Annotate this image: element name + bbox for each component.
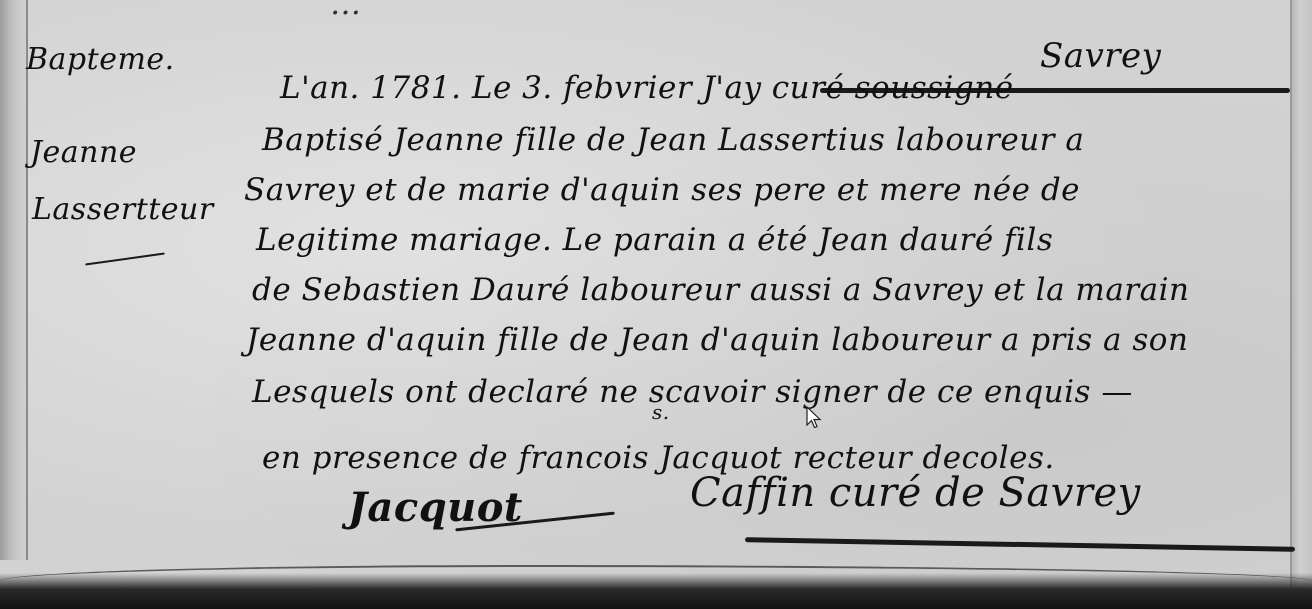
previous-entry-signature-fragment: Savrey bbox=[1040, 36, 1161, 76]
document-page: … Savrey Bapteme. Jeanne Lassertteur L'a… bbox=[0, 0, 1312, 609]
margin-underline bbox=[85, 252, 164, 265]
record-line-4: Legitime mariage. Le parain a été Jean d… bbox=[256, 222, 1053, 258]
margin-name-last: Lassertteur bbox=[32, 192, 214, 227]
page-binding-edge bbox=[0, 0, 28, 560]
record-line-7: Lesquels ont declaré ne scavoir signer d… bbox=[252, 374, 1133, 410]
next-page-shadow bbox=[0, 573, 1312, 609]
record-line-1: L'an. 1781. Le 3. febvrier J'ay curé sou… bbox=[280, 70, 1014, 106]
page-right-edge bbox=[1290, 0, 1312, 609]
interlinear-note: s. bbox=[652, 400, 670, 424]
record-line-6: Jeanne d'aquin fille de Jean d'aquin lab… bbox=[246, 322, 1188, 358]
priest-signature: Caffin curé de Savrey bbox=[690, 470, 1141, 516]
record-line-5: de Sebastien Dauré laboureur aussi a Sav… bbox=[252, 272, 1190, 308]
margin-name-first: Jeanne bbox=[30, 135, 137, 170]
record-line-3: Savrey et de marie d'aquin ses pere et m… bbox=[244, 172, 1080, 208]
record-line-2: Baptisé Jeanne fille de Jean Lassertius … bbox=[262, 122, 1084, 158]
margin-heading: Bapteme. bbox=[26, 42, 175, 77]
previous-entry-fragment: … bbox=[330, 0, 362, 22]
entry-separator-bottom bbox=[745, 537, 1295, 552]
